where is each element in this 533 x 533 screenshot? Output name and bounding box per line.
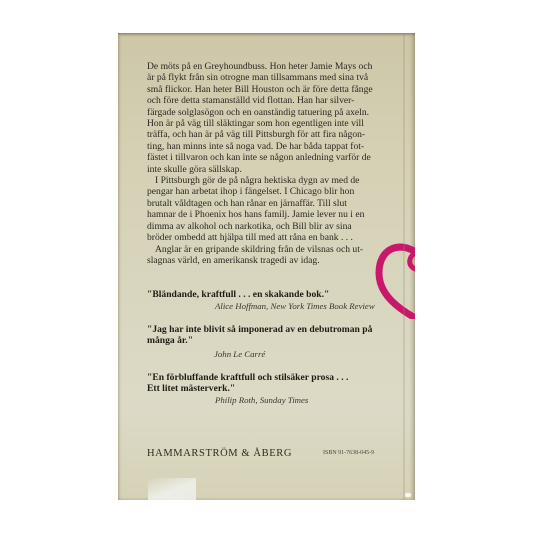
quote-line: "Bländande, kraftfull . . . en skakande … (147, 289, 407, 301)
blurb-line: träffa, och han är på väg till Pittsburg… (147, 129, 397, 140)
quote-text: "Jag har inte blivit så imponerad av en … (147, 324, 407, 347)
isbn-number: ISBN 91-7638-045-9 (323, 450, 374, 456)
quote-line: Ett litet mästerverk." (147, 383, 407, 395)
quote-attribution: Philip Roth, Sunday Times (147, 395, 407, 406)
blurb-line: färgade solglasögon och en oanständig ta… (147, 107, 397, 118)
blurb-line: dimma av alkohol och narkotika, och Bill… (147, 221, 397, 232)
blurb-line: fästet i tillvaron och kan inte se någon… (147, 152, 397, 163)
blurb-text: De möts på en Greyhoundbuss. Hon heter J… (147, 61, 397, 266)
review-quote: "En förbluffande kraftfull och stilsäker… (147, 372, 407, 406)
blurb-line: små flickor. Han heter Bill Houston och … (147, 84, 397, 95)
blurb-line: De möts på en Greyhoundbuss. Hon heter J… (147, 61, 397, 72)
quote-text: "En förbluffande kraftfull och stilsäker… (147, 372, 407, 395)
blurb-line: slagnas värld, en amerikansk tragedi av … (147, 255, 397, 266)
quote-line: "En förbluffande kraftfull och stilsäker… (147, 372, 407, 384)
blurb-line: Anglar är en gripande skildring från de … (147, 244, 397, 255)
quote-attribution: Alice Hoffman, New York Times Book Revie… (147, 301, 407, 312)
quote-line: "Jag har inte blivit så imponerad av en … (147, 324, 407, 336)
blurb-line: bröder ombedd att hjälpa till med att rå… (147, 232, 397, 243)
blurb-line: hamnar de i Phoenix hos hans familj. Jam… (147, 209, 397, 220)
quote-line: många år." (147, 335, 407, 347)
blurb-line: ting, han minns inte så noga vad. De har… (147, 141, 397, 152)
book-back-cover: De möts på en Greyhoundbuss. Hon heter J… (118, 33, 415, 500)
blurb-line: och före detta stamanställd vid flottan.… (147, 95, 397, 106)
blurb-line: inte skulle göra sällskap. (147, 164, 397, 175)
light-glare (405, 493, 411, 497)
blurb-line: brutalt våldtagen och han rånar en järna… (147, 198, 397, 209)
review-quote: "Bländande, kraftfull . . . en skakande … (147, 289, 407, 312)
quote-text: "Bländande, kraftfull . . . en skakande … (147, 289, 407, 301)
publisher-name: HAMMARSTRÖM & ÅBERG (147, 448, 292, 459)
worn-corner (148, 478, 196, 500)
review-quote: "Jag har inte blivit så imponerad av en … (147, 324, 407, 360)
blurb-line: pengar han arbetat ihop i fängelset. I C… (147, 186, 397, 197)
blurb-line: är på flykt från sin otrogne man tillsam… (147, 72, 397, 83)
quote-attribution: John Le Carré (147, 349, 407, 360)
blurb-line: I Pittsburgh gör de på några hektiska dy… (147, 175, 397, 186)
review-quotes: "Bländande, kraftfull . . . en skakande … (147, 289, 407, 418)
blurb-line: Hon är på väg till släktingar som hon eg… (147, 118, 397, 129)
